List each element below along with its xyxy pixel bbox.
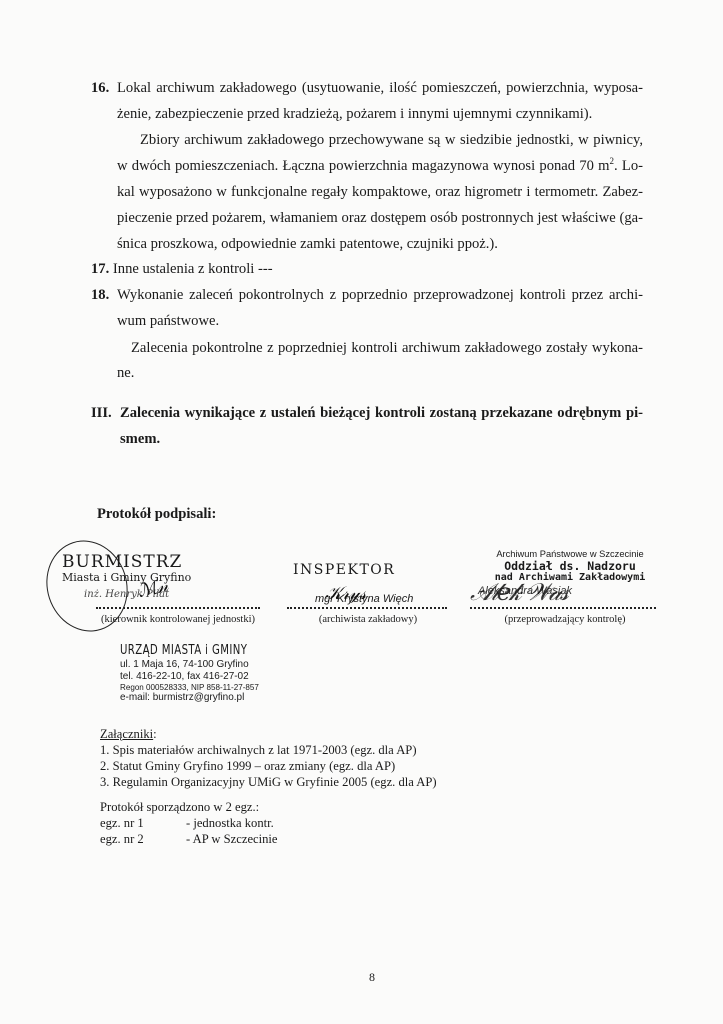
section-3-line-1: Zalecenia wynikające z ustaleń bieżącej … [120, 403, 643, 423]
inspektor-handwritten-signature: 𝒦𝓇𝓎𝓈 [325, 583, 366, 604]
item-18-number: 18. [91, 285, 109, 305]
caption-right: (przeprowadzający kontrolę) [480, 614, 650, 625]
copy-row-value: - AP w Szczecinie [186, 832, 278, 847]
item-16-heading-line-2: żenie, zabezpieczenie przed kradzieżą, p… [117, 104, 592, 124]
caption-middle: (archiwista zakładowy) [290, 614, 446, 625]
item-17: 17. Inne ustalenia z kontroli --- [91, 259, 273, 279]
item-18-heading-line-2: wum państwowe. [117, 311, 219, 331]
archivist-handwritten-signature: 𝒜𝓁𝑒𝓀 𝒲𝒶𝓈 [470, 578, 567, 606]
attachment-item: 3. Regulamin Organizacyjny UMiG w Gryfin… [100, 775, 437, 790]
item-16-number: 16. [91, 78, 109, 98]
document-page: 16. Lokal archiwum zakładowego (usytuowa… [0, 0, 723, 1024]
signature-line-left [96, 607, 260, 609]
signatures-title: Protokół podpisali: [97, 506, 216, 523]
office-stamp-email: e-mail: burmistrz@gryfino.pl [120, 692, 275, 704]
item-16-body-line-1: Zbiory archiwum zakładowego przechowywan… [140, 130, 643, 150]
copy-row-label: egz. nr 1 [100, 816, 144, 831]
office-stamp-title: URZĄD MIASTA i GMINY [120, 643, 247, 659]
page-number: 8 [369, 970, 375, 985]
caption-left: (kierownik kontrolowanej jednostki) [88, 614, 268, 625]
section-3-number: III. [91, 403, 112, 423]
item-16-body-line-5: śnica proszkowa, odpowiednie zamki paten… [117, 234, 498, 254]
item-16-body-line-4: pieczenie przed pożarem, włamaniem oraz … [117, 208, 643, 228]
office-stamp-phone: tel. 416-22-10, fax 416-27-02 [120, 671, 275, 683]
item-18-heading-line-1: Wykonanie zaleceń pokontrolnych z poprze… [117, 285, 643, 305]
copy-row-value: - jednostka kontr. [186, 816, 274, 831]
attachment-item: 2. Statut Gminy Gryfino 1999 – oraz zmia… [100, 759, 395, 774]
item-16-body-line-2: w dwóch pomieszczeniach. Łączna powierzc… [117, 156, 643, 176]
item-16-heading-line-1: Lokal archiwum zakładowego (usytuowanie,… [117, 78, 643, 98]
attachments-title: Załączniki: [100, 727, 157, 742]
burmistrz-stamp-title: BURMISTRZ [62, 553, 272, 571]
item-16-body-line-3: kal wyposażono w funkcjonalne regały kom… [117, 182, 643, 202]
item-18-body-line-1: Zalecenia pokontrolne z poprzedniej kont… [131, 338, 643, 358]
office-stamp: URZĄD MIASTA i GMINY ul. 1 Maja 16, 74-1… [120, 643, 283, 704]
section-3-line-2: smem. [120, 429, 160, 449]
copies-title: Protokół sporządzono w 2 egz.: [100, 800, 259, 815]
copy-row-label: egz. nr 2 [100, 832, 144, 847]
signature-line-right [470, 607, 656, 609]
item-18-body-line-2: ne. [117, 363, 134, 383]
attachment-item: 1. Spis materiałów archiwalnych z lat 19… [100, 743, 417, 758]
signature-line-middle [287, 607, 447, 609]
burmistrz-stamp-name: inż. Henryk Piłat [84, 588, 272, 601]
inspektor-stamp: INSPEKTOR [293, 562, 395, 578]
archive-stamp-line-2: Oddział ds. Nadzoru [470, 560, 670, 572]
